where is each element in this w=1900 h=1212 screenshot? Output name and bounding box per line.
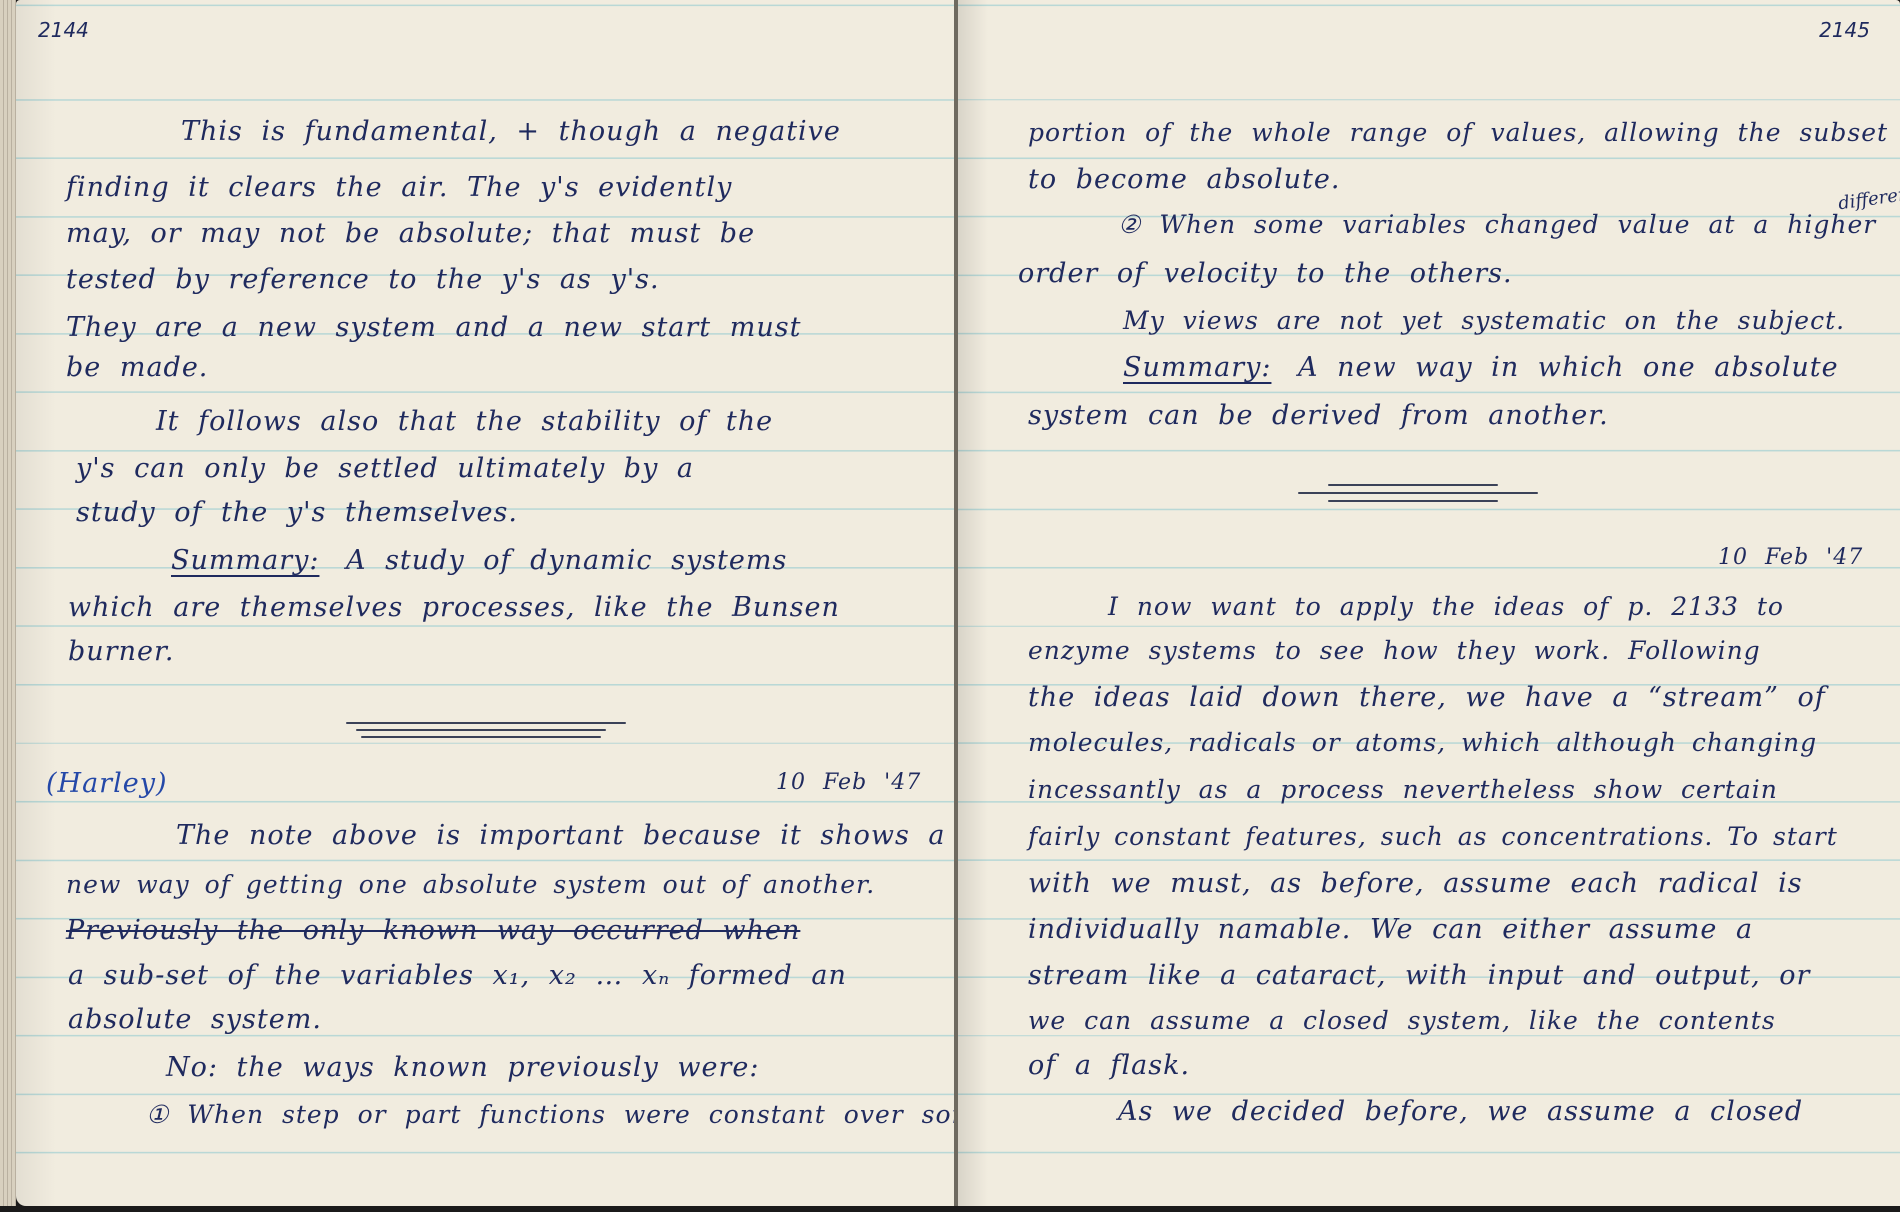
text-line: My views are not yet systematic on the s… [1123, 306, 1845, 335]
text-line: with we must, as before, assume each rad… [1028, 868, 1803, 899]
text-line: new way of getting one absolute system o… [66, 870, 875, 899]
entry-date: 10 Feb '47 [776, 770, 921, 795]
text-line: to become absolute. [1028, 164, 1340, 195]
summary-heading: Summary: [171, 545, 319, 576]
text-line: They are a new system and a new start mu… [66, 312, 801, 343]
text-line: stream like a cataract, with input and o… [1028, 960, 1810, 991]
text-line: ① When step or part functions were const… [146, 1100, 956, 1129]
text-line: molecules, radicals or atoms, which alth… [1028, 728, 1817, 757]
text-line: I now want to apply the ideas of p. 2133… [1108, 592, 1784, 621]
notebook-spread: 2144 This is fundamental, + though a neg… [0, 0, 1900, 1212]
text-line: A study of dynamic systems [346, 545, 787, 576]
text-line: This is fundamental, + though a negative [181, 116, 841, 147]
text-line: finding it clears the air. The y's evide… [66, 172, 732, 203]
text-line: a sub-set of the variables x₁, x₂ … xₙ f… [68, 960, 847, 991]
text-line: incessantly as a process nevertheless sh… [1028, 775, 1778, 804]
text-line: which are themselves processes, like the… [68, 592, 840, 623]
text-line: individually namable. We can either assu… [1028, 914, 1753, 945]
text-line: system can be derived from another. [1028, 400, 1609, 431]
text-line: study of the y's themselves. [76, 497, 518, 528]
text-line: be made. [66, 352, 208, 383]
entry-date: 10 Feb '47 [1718, 545, 1863, 570]
page-number-left: 2144 [38, 18, 89, 42]
text-line: we can assume a closed system, like the … [1028, 1006, 1776, 1035]
summary-heading: Summary: [1123, 352, 1271, 383]
text-line: A new way in which one absolute [1298, 352, 1839, 383]
author-note: (Harley) [46, 768, 167, 799]
left-page: 2144 This is fundamental, + though a neg… [16, 0, 956, 1206]
section-divider [361, 736, 601, 738]
struck-text-line: Previously the only known way occurred w… [66, 915, 800, 946]
text-line: ② When some variables changed value at a… [1118, 210, 1876, 239]
page-edge-stack [0, 0, 16, 1206]
text-line: fairly constant features, such as concen… [1028, 822, 1838, 851]
text-line: As we decided before, we assume a closed [1118, 1096, 1803, 1127]
section-divider [1298, 492, 1538, 494]
text-line: It follows also that the stability of th… [156, 406, 773, 437]
text-line: the ideas laid down there, we have a “st… [1028, 682, 1826, 713]
text-line: No: the ways known previously were: [166, 1052, 759, 1083]
text-line: portion of the whole range of values, al… [1028, 118, 1888, 147]
page-number-right: 2145 [1819, 18, 1870, 42]
text-line: of a flask. [1028, 1050, 1190, 1081]
text-line: tested by reference to the y's as y's. [66, 264, 660, 295]
right-page: 2145 portion of the whole range of value… [958, 0, 1900, 1206]
section-divider [1328, 484, 1498, 486]
text-line: The note above is important because it s… [176, 820, 946, 851]
inserted-word: different [1837, 183, 1900, 215]
text-line: absolute system. [68, 1004, 322, 1035]
text-line: may, or may not be absolute; that must b… [66, 218, 755, 249]
text-line: y's can only be settled ultimately by a [76, 453, 694, 484]
text-line: burner. [68, 636, 174, 667]
text-line: order of velocity to the others. [1018, 258, 1513, 289]
section-divider [1328, 500, 1498, 502]
section-divider [346, 722, 626, 724]
text-line: enzyme systems to see how they work. Fol… [1028, 636, 1761, 665]
section-divider [356, 729, 606, 731]
